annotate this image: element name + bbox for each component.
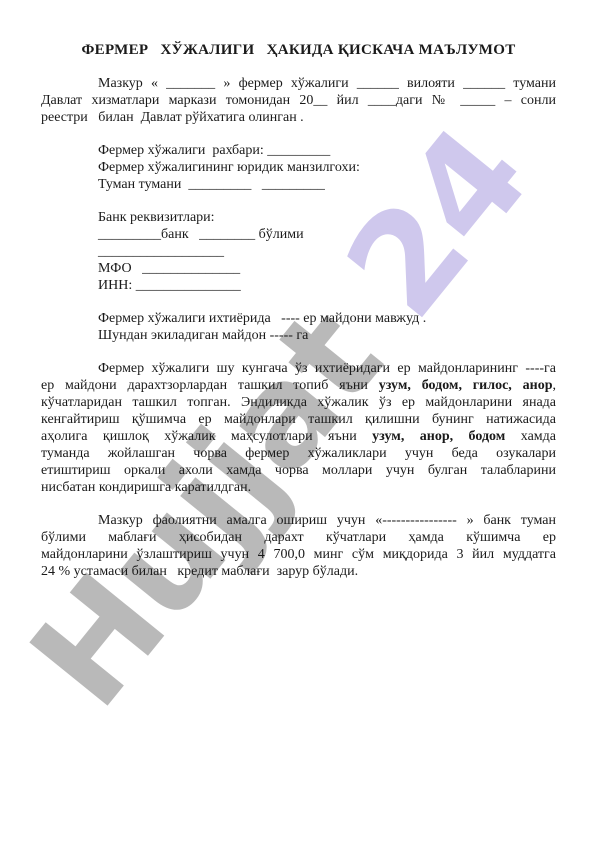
text-segment: _________банк ________ бўлими <box>98 227 304 242</box>
text-segment: Фермер хўжалиги шу кунгача ўз ихтиёридаг… <box>98 361 556 376</box>
text-line: етиштириш оркали ахоли хамда чорва молла… <box>41 462 556 479</box>
text-segment: Фермер хўжалигининг юридик манзилгохи: <box>98 160 360 175</box>
text-segment: , <box>553 378 557 393</box>
document-content: ФЕРМЕР ХЎЖАЛИГИ ҲАКИДА ҚИСКАЧА МАЪЛУМОТ … <box>0 0 596 580</box>
text-line: Фермер хўжалигининг юридик манзилгохи: <box>41 159 556 176</box>
text-line: МФО ______________ <box>41 260 556 277</box>
text-segment: Фермер хўжалиги ихтиёрида ---- ер майдон… <box>98 311 426 326</box>
text-line: _________банк ________ бўлими <box>41 226 556 243</box>
text-line: ИНН: _______________ <box>41 277 556 294</box>
text-segment: реестри билан Давлат рўйхатига олинган . <box>41 110 304 125</box>
paragraph-block: Фермер хўжалиги шу кунгача ўз ихтиёридаг… <box>41 360 556 496</box>
text-line: ер майдони дарахтзорлардан ташкил топиб … <box>41 377 556 394</box>
text-segment: кенгайтириш қўшимча ер майдонлари ташкил… <box>41 412 556 427</box>
text-segment: Фермер хўжалиги рахбари: _________ <box>98 143 330 158</box>
text-segment: Шундан экиладиган майдон ----- га <box>98 328 308 343</box>
text-line: Мазкур фаолиятни амалга ошириш учун «---… <box>41 512 556 529</box>
paragraph-block: Банк реквизитлари:_________банк ________… <box>41 209 556 294</box>
document-title: ФЕРМЕР ХЎЖАЛИГИ ҲАКИДА ҚИСКАЧА МАЪЛУМОТ <box>41 42 556 59</box>
text-line: 24 % устамаси билан кредит маблағи зарур… <box>41 563 556 580</box>
text-segment: Банк реквизитлари: <box>98 210 215 225</box>
text-segment: Туман тумани _________ _________ <box>98 177 325 192</box>
text-line: __________________ <box>41 243 556 260</box>
text-segment: Мазкур « _______ » фермер хўжалиги _____… <box>98 76 556 91</box>
text-segment: 24 % устамаси билан кредит маблағи зарур… <box>41 564 358 579</box>
document-page: Hujjat 24 ФЕРМЕР ХЎЖАЛИГИ ҲАКИДА ҚИСКАЧА… <box>0 0 596 842</box>
text-segment: __________________ <box>98 244 224 259</box>
text-segment: бўлими маблағи ҳисобидан дарахт кўчатлар… <box>41 530 556 545</box>
text-line: кўчатларидан ташкил топган. Эндиликда хў… <box>41 394 556 411</box>
text-segment: ИНН: _______________ <box>98 278 241 293</box>
text-line: аҳолига қишлоқ хўжалик маҳсулотлари яъни… <box>41 428 556 445</box>
text-segment: МФО ______________ <box>98 261 240 276</box>
text-line: Шундан экиладиган майдон ----- га <box>41 327 556 344</box>
text-line: Туман тумани _________ _________ <box>41 176 556 193</box>
text-line: туманда жойлашган чорва фермер хўжаликла… <box>41 445 556 462</box>
text-line: реестри билан Давлат рўйхатига олинган . <box>41 109 556 126</box>
text-segment: хамда <box>505 429 556 444</box>
paragraph-block: Мазкур « _______ » фермер хўжалиги _____… <box>41 75 556 126</box>
text-segment: майдонларини ўзлаштириш учун 4 700,0 мин… <box>41 547 556 562</box>
text-line: бўлими маблағи ҳисобидан дарахт кўчатлар… <box>41 529 556 546</box>
paragraph-block: Фермер хўжалиги рахбари: _________Фермер… <box>41 142 556 193</box>
text-segment: туманда жойлашган чорва фермер хўжаликла… <box>41 446 556 461</box>
text-line: кенгайтириш қўшимча ер майдонлари ташкил… <box>41 411 556 428</box>
paragraph-block: Фермер хўжалиги ихтиёрида ---- ер майдон… <box>41 310 556 344</box>
document-body: Мазкур « _______ » фермер хўжалиги _____… <box>41 75 556 580</box>
text-line: Фермер хўжалиги шу кунгача ўз ихтиёридаг… <box>41 360 556 377</box>
bold-text-segment: узум, анор, бодом <box>372 429 505 444</box>
text-line: Мазкур « _______ » фермер хўжалиги _____… <box>41 75 556 92</box>
text-segment: етиштириш оркали ахоли хамда чорва молла… <box>41 463 556 478</box>
text-segment: кўчатларидан ташкил топган. Эндиликда хў… <box>41 395 556 410</box>
paragraph-block: Мазкур фаолиятни амалга ошириш учун «---… <box>41 512 556 580</box>
text-segment: Давлат хизматлари маркази томонидан 20__… <box>41 93 556 108</box>
text-segment: аҳолига қишлоқ хўжалик маҳсулотлари яъни <box>41 429 372 444</box>
text-line: Фермер хўжалиги ихтиёрида ---- ер майдон… <box>41 310 556 327</box>
text-line: Фермер хўжалиги рахбари: _________ <box>41 142 556 159</box>
text-line: нисбатан кондиришга каратилдган. <box>41 479 556 496</box>
bold-text-segment: узум, бодом, гилос, анор <box>379 378 553 393</box>
text-segment: Мазкур фаолиятни амалга ошириш учун «---… <box>98 513 556 528</box>
text-line: Банк реквизитлари: <box>41 209 556 226</box>
text-line: Давлат хизматлари маркази томонидан 20__… <box>41 92 556 109</box>
text-line: майдонларини ўзлаштириш учун 4 700,0 мин… <box>41 546 556 563</box>
text-segment: ер майдони дарахтзорлардан ташкил топиб … <box>41 378 379 393</box>
text-segment: нисбатан кондиришга каратилдган. <box>41 480 251 495</box>
